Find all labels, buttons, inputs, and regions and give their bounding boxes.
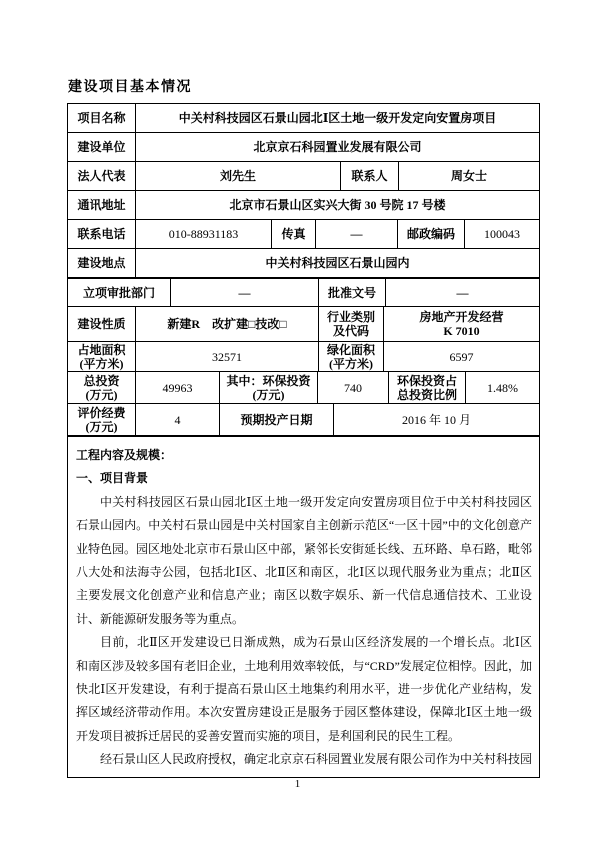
land-area-value: 32571 [136, 342, 319, 372]
green-area-value: 6597 [384, 342, 540, 372]
table-row: 法人代表 刘先生 联系人 周女士 [68, 162, 540, 191]
project-name-label: 项目名称 [68, 104, 136, 133]
env-investment-label: 其中：环保投资 (万元) [220, 372, 318, 404]
background-paragraph-1: 中关村科技园区石景山园北Ⅰ区土地一级开发定向安置房项目位于中关村科技园区石景山园… [76, 491, 532, 631]
phone-label: 联系电话 [68, 220, 136, 249]
table-row: 建设性质 新建R 改扩建□技改□ 行业类别 及代码 房地产开发经营 K 7010 [68, 307, 540, 342]
land-area-label: 占地面积 (平方米) [68, 342, 136, 372]
fax-label: 传真 [272, 220, 316, 249]
table-row: 通讯地址 北京市石景山区实兴大街 30 号院 17 号楼 [68, 191, 540, 220]
background-heading: 一、项目背景 [76, 467, 532, 490]
legal-representative-value: 刘先生 [136, 162, 341, 191]
table-row: 立项审批部门 — 批准文号 — [68, 278, 540, 307]
page-title: 建设项目基本情况 [68, 76, 192, 96]
contact-person-label: 联系人 [341, 162, 399, 191]
project-info-table: 项目名称 中关村科技园区石景山园北Ⅰ区土地一级开发定向安置房项目 建设单位 北京… [67, 103, 540, 778]
phone-value: 010-88931183 [136, 220, 272, 249]
evaluation-fund-label: 评价经费 (万元) [68, 404, 136, 436]
env-investment-value: 740 [318, 372, 389, 404]
page-number: 1 [0, 778, 595, 790]
legal-representative-label: 法人代表 [68, 162, 136, 191]
approval-doc-number-value: — [386, 279, 540, 307]
construction-unit-value: 北京京石科园置业发展有限公司 [136, 133, 540, 162]
table-row: 建设地点 中关村科技园区石景山园内 [68, 249, 540, 278]
construction-unit-label: 建设单位 [68, 133, 136, 162]
construction-site-label: 建设地点 [68, 249, 136, 278]
postal-code-value: 100043 [465, 220, 540, 249]
total-investment-value: 49963 [136, 372, 220, 404]
table-row: 占地面积 (平方米) 32571 绿化面积 (平方米) 6597 [68, 342, 540, 372]
content-section-title: 工程内容及规模： [76, 444, 532, 467]
construction-nature-label: 建设性质 [68, 307, 136, 342]
construction-nature-value: 新建R 改扩建□技改□ [136, 307, 319, 342]
background-paragraph-2: 目前，北Ⅱ区开发建设已日渐成熟，成为石景山区经济发展的一个增长点。北Ⅰ区和南区涉… [76, 631, 532, 748]
project-content-section: 工程内容及规模： 一、项目背景 中关村科技园区石景山园北Ⅰ区土地一级开发定向安置… [68, 437, 540, 778]
expected-production-date-label: 预期投产日期 [220, 404, 334, 436]
table-row: 联系电话 010-88931183 传真 — 邮政编码 100043 [68, 220, 540, 249]
industry-category-label: 行业类别 及代码 [319, 307, 384, 342]
green-area-label: 绿化面积 (平方米) [319, 342, 384, 372]
evaluation-fund-value: 4 [136, 404, 220, 436]
expected-production-date-value: 2016 年 10 月 [334, 404, 540, 436]
document-page: 建设项目基本情况 项目名称 中关村科技园区石景山园北Ⅰ区土地一级开发定向安置房项… [0, 0, 595, 842]
total-investment-label: 总投资 (万元) [68, 372, 136, 404]
table-row: 评价经费 (万元) 4 预期投产日期 2016 年 10 月 [68, 404, 540, 436]
construction-site-value: 中关村科技园区石景山园内 [136, 249, 540, 278]
mailing-address-label: 通讯地址 [68, 191, 136, 220]
project-name-value: 中关村科技园区石景山园北Ⅰ区土地一级开发定向安置房项目 [136, 104, 540, 133]
approval-department-label: 立项审批部门 [68, 279, 171, 307]
contact-person-value: 周女士 [399, 162, 540, 191]
approval-department-value: — [171, 279, 319, 307]
approval-doc-number-label: 批准文号 [319, 279, 386, 307]
industry-category-value: 房地产开发经营 K 7010 [384, 307, 540, 342]
env-investment-ratio-label: 环保投资占 总投资比例 [389, 372, 466, 404]
table-row: 工程内容及规模： 一、项目背景 中关村科技园区石景山园北Ⅰ区土地一级开发定向安置… [68, 436, 540, 778]
table-row: 项目名称 中关村科技园区石景山园北Ⅰ区土地一级开发定向安置房项目 [68, 104, 540, 133]
mailing-address-value: 北京市石景山区实兴大街 30 号院 17 号楼 [136, 191, 540, 220]
table-row: 总投资 (万元) 49963 其中：环保投资 (万元) 740 环保投资占 总投… [68, 372, 540, 404]
env-investment-ratio-value: 1.48% [466, 372, 540, 404]
table-row: 建设单位 北京京石科园置业发展有限公司 [68, 133, 540, 162]
background-paragraph-3: 经石景山区人民政府授权，确定北京京石科园置业发展有限公司作为中关村科技园 [76, 748, 532, 771]
fax-value: — [316, 220, 398, 249]
postal-code-label: 邮政编码 [398, 220, 465, 249]
